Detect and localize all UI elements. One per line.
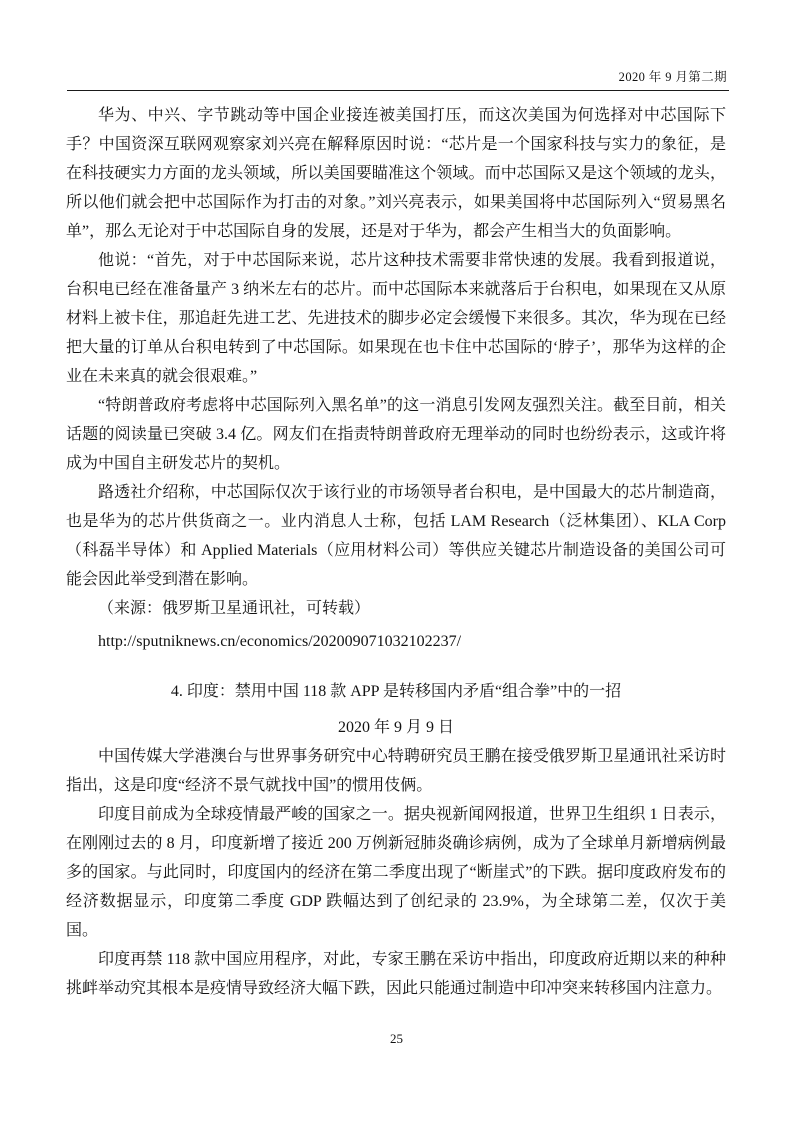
paragraph: 印度再禁 118 款中国应用程序，对此，专家王鹏在采访中指出，印度政府近期以来的… <box>66 945 726 1003</box>
document-page: 2020 年 9 月第二期 华为、中兴、字节跳动等中国企业接连被美国打压，而这次… <box>0 0 793 1122</box>
page-footer: 25 <box>0 1031 793 1047</box>
paragraph: “特朗普政府考虑将中芯国际列入黑名单”的这一消息引发网友强烈关注。截至目前，相关… <box>66 391 726 478</box>
paragraph: 中国传媒大学港澳台与世界事务研究中心特聘研究员王鹏在接受俄罗斯卫星通讯社采访时指… <box>66 742 726 800</box>
source-url-link[interactable]: http://sputniknews.cn/economics/20200907… <box>66 627 726 656</box>
paragraph: 印度目前成为全球疫情最严峻的国家之一。据央视新闻网报道，世界卫生组织 1 日表示… <box>66 800 726 945</box>
section-heading: 4. 印度：禁用中国 118 款 APP 是转移国内矛盾“组合拳”中的一招 <box>66 677 726 706</box>
section-date: 2020 年 9 月 9 日 <box>66 713 726 742</box>
running-header: 2020 年 9 月第二期 <box>67 67 727 85</box>
header-rule <box>67 90 729 91</box>
page-number: 25 <box>390 1031 403 1046</box>
source-note: （来源：俄罗斯卫星通讯社，可转载） <box>66 594 726 623</box>
issue-label: 2020 年 9 月第二期 <box>619 70 727 84</box>
paragraph: 路透社介绍称，中芯国际仅次于该行业的市场领导者台积电，是中国最大的芯片制造商，也… <box>66 478 726 594</box>
paragraph: 他说：“首先，对于中芯国际来说，芯片这种技术需要非常快速的发展。我看到报道说，台… <box>66 246 726 391</box>
paragraph: 华为、中兴、字节跳动等中国企业接连被美国打压，而这次美国为何选择对中芯国际下手？… <box>66 101 726 246</box>
page-body: 华为、中兴、字节跳动等中国企业接连被美国打压，而这次美国为何选择对中芯国际下手？… <box>66 101 726 1003</box>
